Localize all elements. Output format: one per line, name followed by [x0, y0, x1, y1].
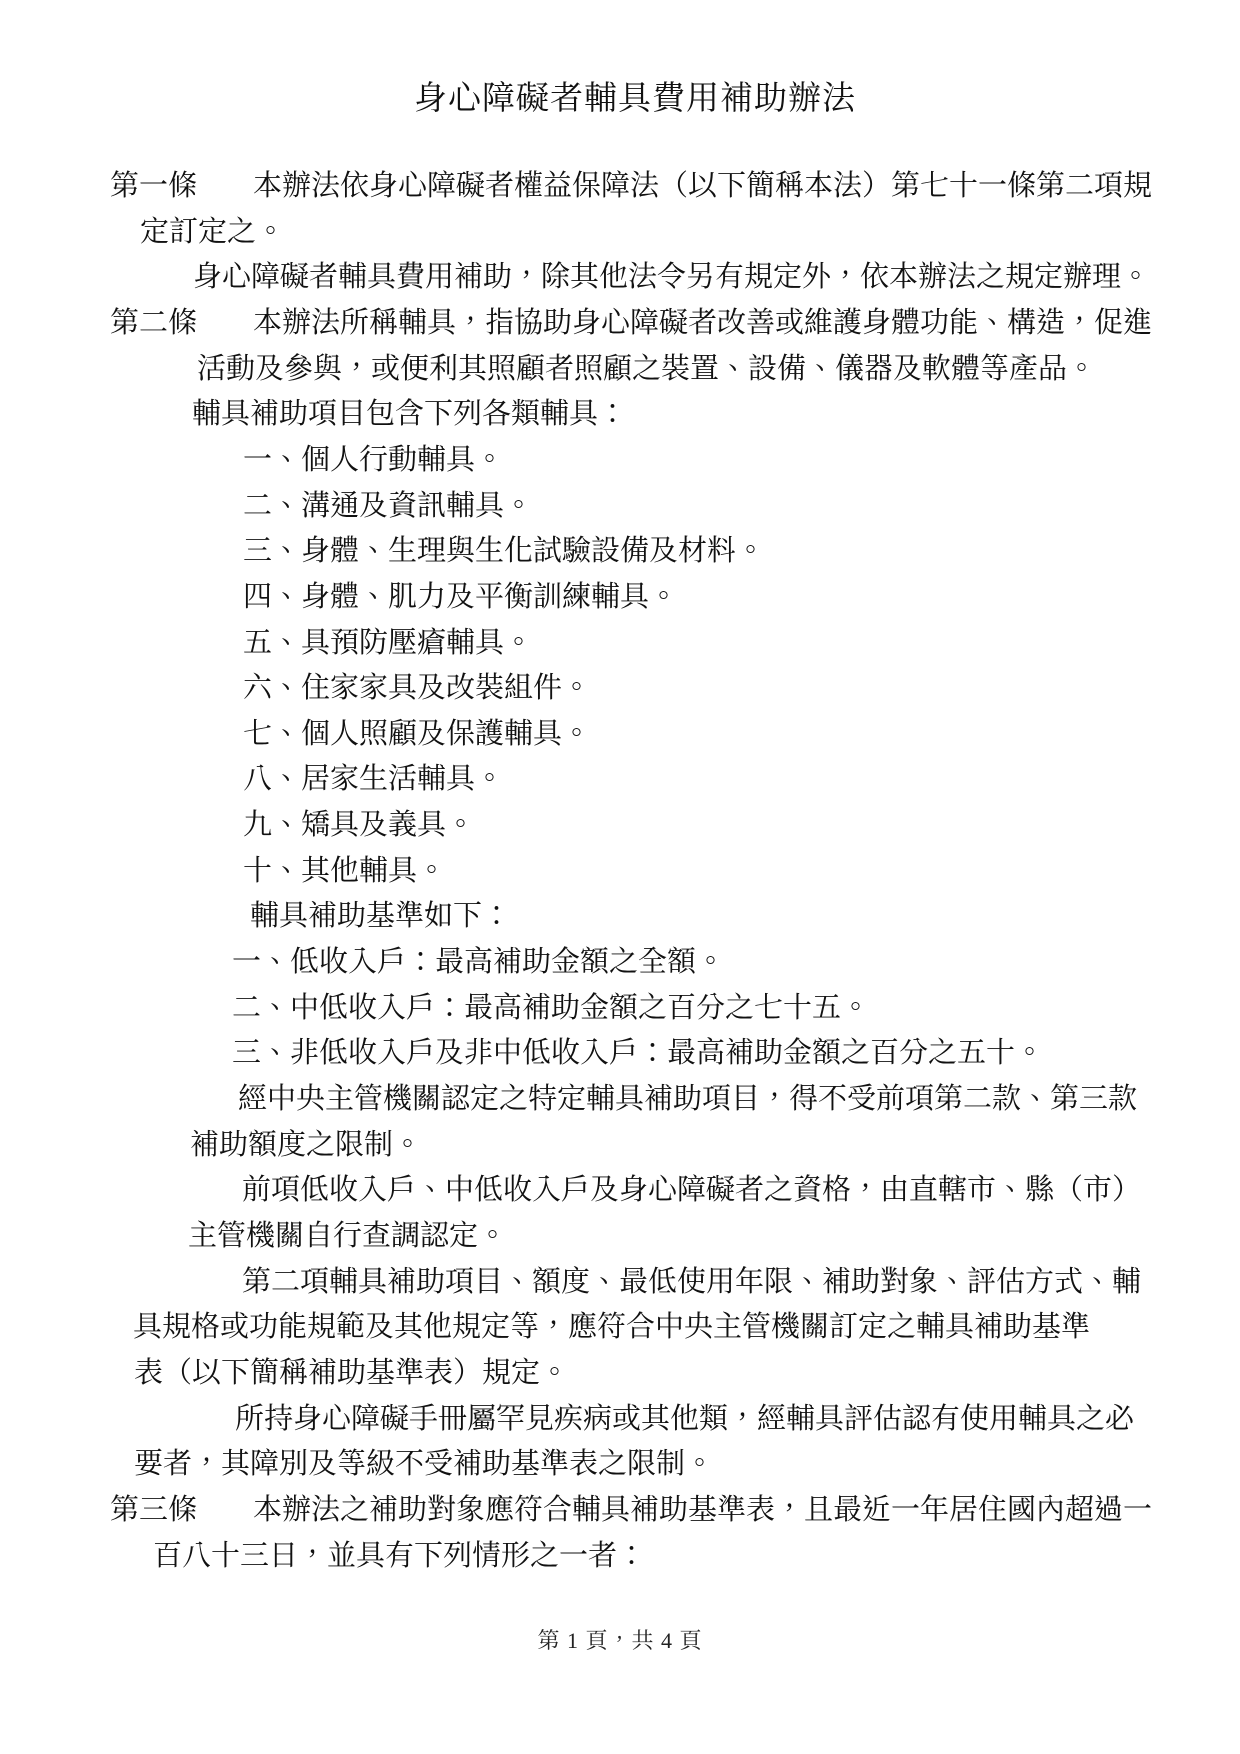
text-line: 表（以下簡稱補助基準表）規定。 [0, 1357, 1240, 1397]
line-text: 前項低收入戶、中低收入戶及身心障礙者之資格，由直轄市、縣（市） [242, 1174, 1141, 1207]
text-line: 前項低收入戶、中低收入戶及身心障礙者之資格，由直轄市、縣（市） [0, 1174, 1240, 1214]
line-text: 具規格或功能規範及其他規定等，應符合中央主管機關訂定之輔具補助基準 [133, 1311, 1090, 1344]
text-line: 百八十三日，並具有下列情形之一者： [0, 1540, 1240, 1580]
text-line: 九、矯具及義具。 [0, 809, 1240, 849]
line-text: 身心障礙者輔具費用補助，除其他法令另有規定外，依本辦法之規定辦理。 [193, 261, 1150, 294]
line-text: 一、低收入戶：最高補助金額之全額。 [232, 946, 725, 979]
line-text: 九、矯具及義具。 [243, 809, 475, 842]
text-line: 經中央主管機關認定之特定輔具補助項目，得不受前項第二款、第三款 [0, 1083, 1240, 1123]
line-text: 主管機關自行查調認定。 [188, 1220, 507, 1253]
line-text: 第二項輔具補助項目、額度、最低使用年限、補助對象、評估方式、輔 [242, 1266, 1141, 1299]
line-text: 四、身體、肌力及平衡訓練輔具。 [243, 581, 678, 614]
line-text: 六、住家家具及改裝組件。 [243, 672, 591, 705]
line-text: 七、個人照顧及保護輔具。 [243, 718, 591, 751]
text-line: 六、住家家具及改裝組件。 [0, 672, 1240, 712]
text-line: 五、具預防壓瘡輔具。 [0, 627, 1240, 667]
text-line: 輔具補助項目包含下列各類輔具： [0, 398, 1240, 438]
document-page: 身心障礙者輔具費用補助辦法 第一條本辦法依身心障礙者權益保障法（以下簡稱本法）第… [0, 0, 1240, 1754]
line-text: 輔具補助基準如下： [250, 900, 511, 933]
text-line: 定訂定之。 [0, 216, 1240, 256]
text-line: 二、溝通及資訊輔具。 [0, 490, 1240, 530]
line-text: 二、中低收入戶：最高補助金額之百分之七十五。 [232, 992, 870, 1025]
line-text: 本辦法之補助對象應符合輔具補助基準表，且最近一年居住國內超過一 [253, 1494, 1152, 1527]
text-line: 主管機關自行查調認定。 [0, 1220, 1240, 1260]
text-line: 三、非低收入戶及非中低收入戶：最高補助金額之百分之五十。 [0, 1037, 1240, 1077]
line-text: 八、居家生活輔具。 [243, 763, 504, 796]
article-number: 第三條 [110, 1494, 197, 1527]
line-text: 表（以下簡稱補助基準表）規定。 [134, 1357, 569, 1390]
line-text: 本辦法依身心障礙者權益保障法（以下簡稱本法）第七十一條第二項規 [253, 170, 1152, 203]
text-line: 身心障礙者輔具費用補助，除其他法令另有規定外，依本辦法之規定辦理。 [0, 261, 1240, 301]
text-line: 一、個人行動輔具。 [0, 444, 1240, 484]
line-text: 本辦法所稱輔具，指協助身心障礙者改善或維護身體功能、構造，促進 [253, 307, 1152, 340]
line-text: 一、個人行動輔具。 [243, 444, 504, 477]
text-line: 輔具補助基準如下： [0, 900, 1240, 940]
line-text: 經中央主管機關認定之特定輔具補助項目，得不受前項第二款、第三款 [238, 1083, 1137, 1116]
line-text: 三、非低收入戶及非中低收入戶：最高補助金額之百分之五十。 [232, 1037, 1044, 1070]
article-number: 第一條 [110, 170, 197, 203]
text-line: 所持身心障礙手冊屬罕見疾病或其他類，經輔具評估認有使用輔具之必 [0, 1403, 1240, 1443]
line-text: 定訂定之。 [140, 216, 285, 249]
article-line: 第三條本辦法之補助對象應符合輔具補助基準表，且最近一年居住國內超過一 [0, 1494, 1240, 1534]
text-line: 二、中低收入戶：最高補助金額之百分之七十五。 [0, 992, 1240, 1032]
page-footer: 第 1 頁，共 4 頁 [0, 1624, 1240, 1655]
text-line: 一、低收入戶：最高補助金額之全額。 [0, 946, 1240, 986]
text-line: 具規格或功能規範及其他規定等，應符合中央主管機關訂定之輔具補助基準 [0, 1311, 1240, 1351]
text-line: 七、個人照顧及保護輔具。 [0, 718, 1240, 758]
line-text: 輔具補助項目包含下列各類輔具： [192, 398, 627, 431]
line-text: 二、溝通及資訊輔具。 [243, 490, 533, 523]
line-text: 十、其他輔具。 [243, 855, 446, 888]
line-text: 補助額度之限制。 [190, 1129, 422, 1162]
line-text: 五、具預防壓瘡輔具。 [243, 627, 533, 660]
text-line: 第二項輔具補助項目、額度、最低使用年限、補助對象、評估方式、輔 [0, 1266, 1240, 1306]
article-line: 第一條本辦法依身心障礙者權益保障法（以下簡稱本法）第七十一條第二項規 [0, 170, 1240, 210]
line-text: 三、身體、生理與生化試驗設備及材料。 [243, 535, 765, 568]
article-number: 第二條 [110, 307, 197, 340]
text-line: 三、身體、生理與生化試驗設備及材料。 [0, 535, 1240, 575]
text-line: 四、身體、肌力及平衡訓練輔具。 [0, 581, 1240, 621]
text-line: 八、居家生活輔具。 [0, 763, 1240, 803]
text-line: 活動及參與，或便利其照顧者照顧之裝置、設備、儀器及軟體等產品。 [0, 353, 1240, 393]
article-line: 第二條本辦法所稱輔具，指協助身心障礙者改善或維護身體功能、構造，促進 [0, 307, 1240, 347]
document-title: 身心障礙者輔具費用補助辦法 [15, 72, 1240, 119]
line-text: 要者，其障別及等級不受補助基準表之限制。 [134, 1448, 714, 1481]
line-text: 百八十三日，並具有下列情形之一者： [153, 1540, 646, 1573]
text-line: 要者，其障別及等級不受補助基準表之限制。 [0, 1448, 1240, 1488]
text-line: 補助額度之限制。 [0, 1129, 1240, 1169]
text-line: 十、其他輔具。 [0, 855, 1240, 895]
line-text: 所持身心障礙手冊屬罕見疾病或其他類，經輔具評估認有使用輔具之必 [235, 1403, 1134, 1436]
line-text: 活動及參與，或便利其照顧者照顧之裝置、設備、儀器及軟體等產品。 [197, 353, 1096, 386]
